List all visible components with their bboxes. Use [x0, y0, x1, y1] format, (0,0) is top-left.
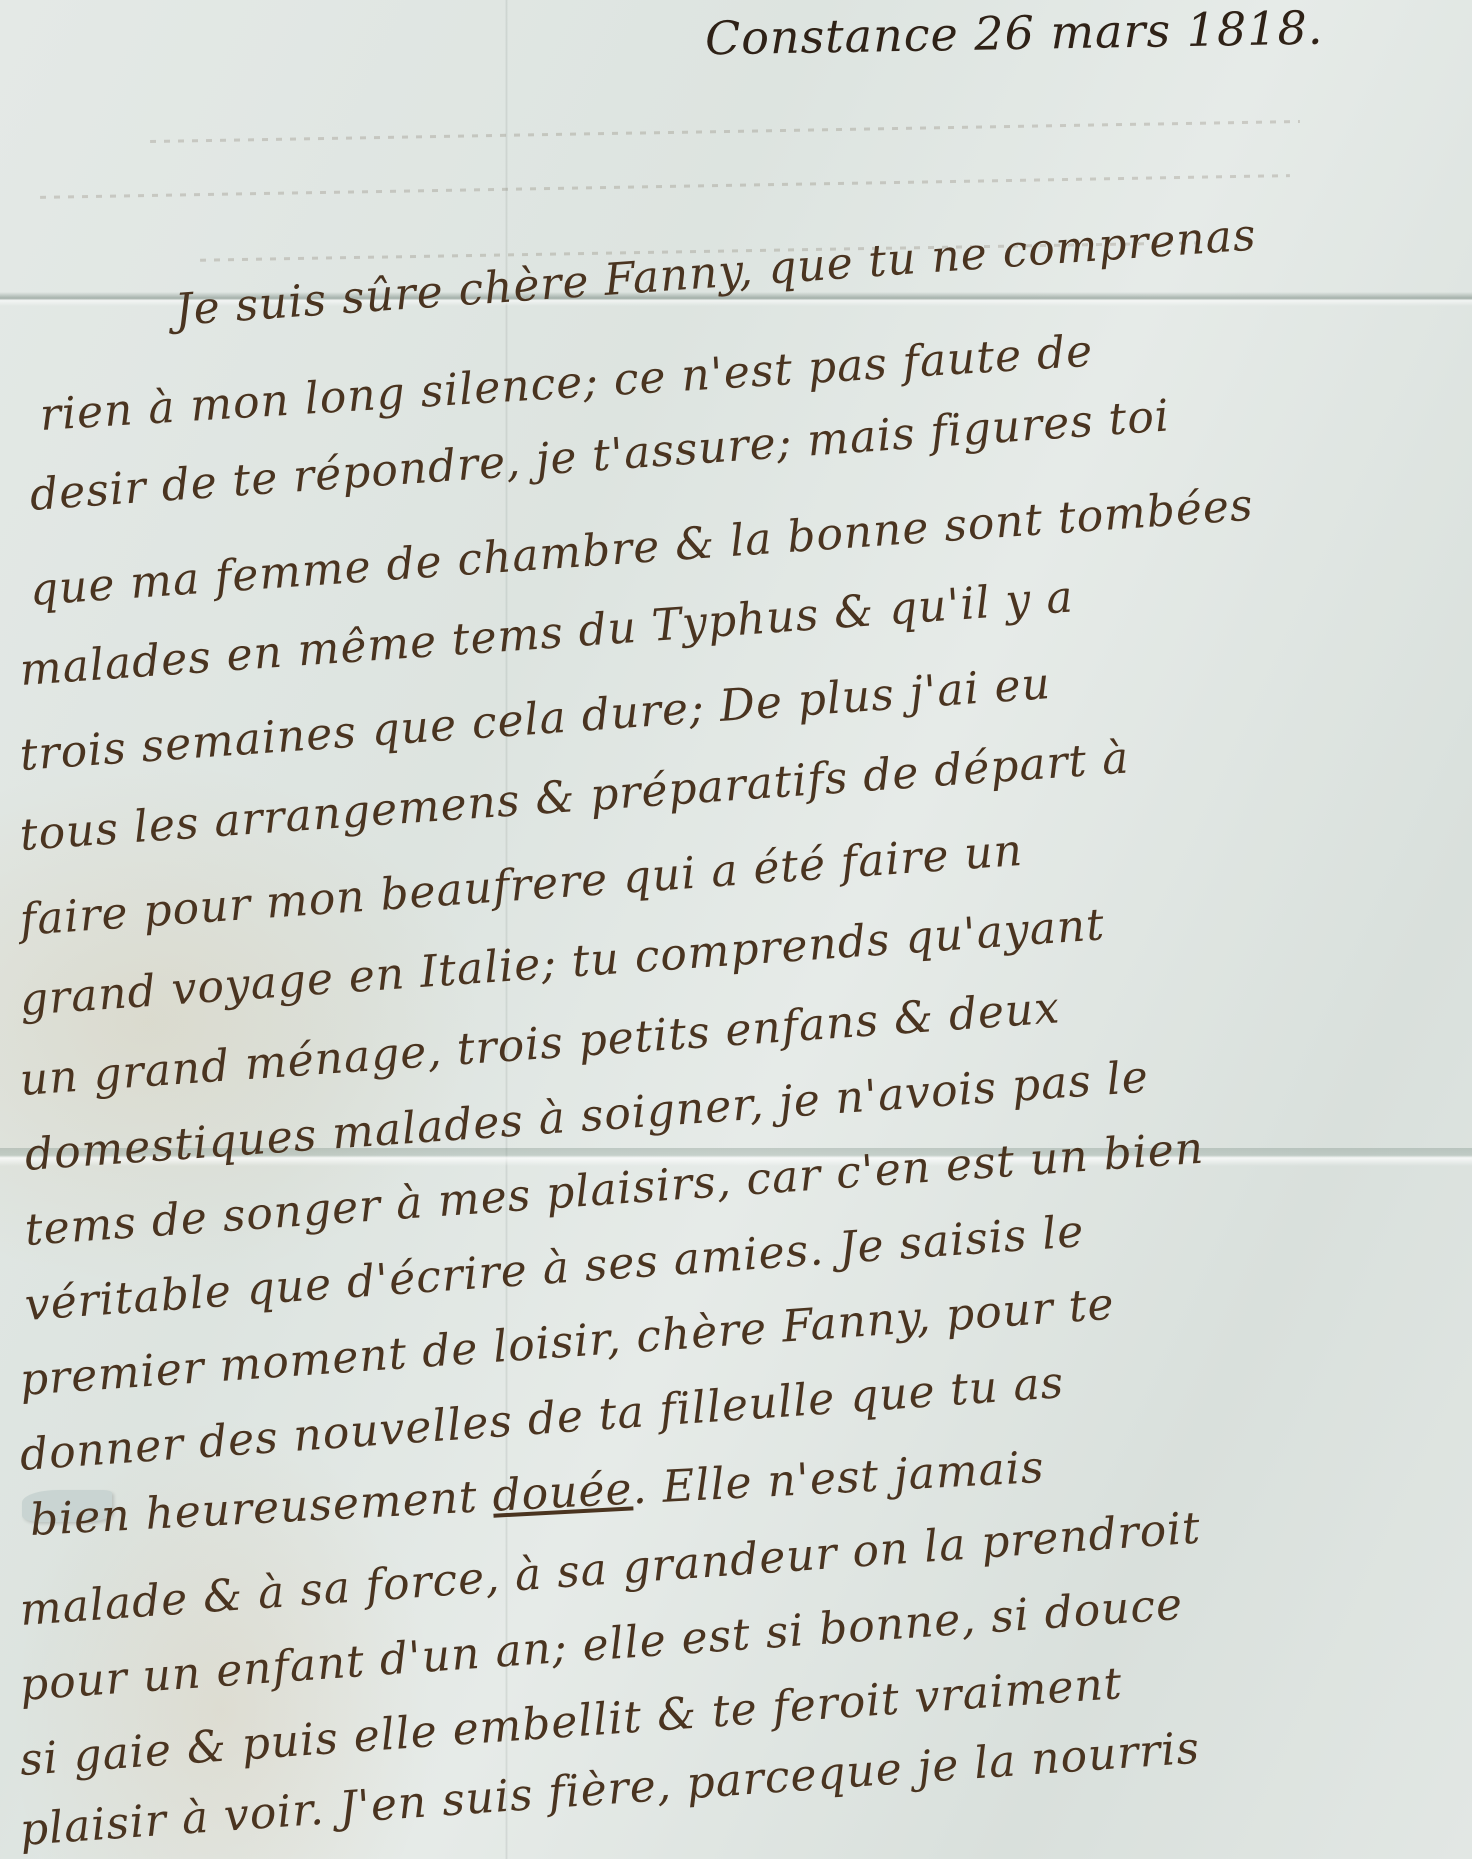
underlined-word: douée	[491, 1463, 634, 1521]
place-date-heading: Constance 26 mars 1818.	[705, 1, 1324, 66]
